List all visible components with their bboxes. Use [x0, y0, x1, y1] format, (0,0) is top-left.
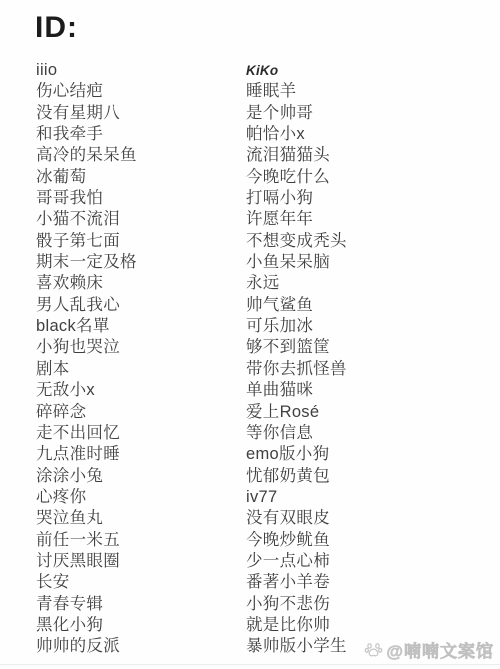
list-item: 冰葡萄: [36, 167, 137, 188]
list-item: 小狗不悲伤: [246, 594, 347, 615]
list-item: 高冷的呆呆鱼: [36, 145, 137, 166]
list-item: 小狗也哭泣: [36, 337, 137, 358]
list-item: 忧郁奶黄包: [246, 466, 347, 487]
watermark-text: @喃喃文案馆: [386, 637, 494, 662]
list-item: 小鱼呆呆脑: [246, 252, 347, 273]
list-item: 男人乱我心: [36, 295, 137, 316]
list-item: 喜欢赖床: [36, 273, 137, 294]
watermark: @喃喃文案馆: [364, 637, 494, 662]
list-item: 涂涂小兔: [36, 466, 137, 487]
list-item: 帅帅的反派: [36, 636, 137, 657]
list-item: 剧本: [36, 359, 137, 380]
list-item: 碎碎念: [36, 402, 137, 423]
list-item: 长安: [36, 572, 137, 593]
list-item: iiio: [36, 60, 137, 81]
list-item: 够不到篮筐: [246, 337, 347, 358]
list-item: 番著小羊卷: [246, 572, 347, 593]
bottom-divider: [0, 664, 500, 665]
list-item: 永远: [246, 273, 347, 294]
list-item: 和我牵手: [36, 124, 137, 145]
list-item: 没有双眼皮: [246, 508, 347, 529]
list-item: 无敌小x: [36, 380, 137, 401]
left-column: iiio伤心结疤没有星期八和我牵手高冷的呆呆鱼冰葡萄哥哥我怕小猫不流泪骰子第七面…: [36, 60, 137, 658]
page-title: ID:: [35, 11, 78, 45]
list-item: 少一点心柿: [246, 551, 347, 572]
list-item: 许愿年年: [246, 209, 347, 230]
list-item: 期末一定及格: [36, 252, 137, 273]
id-list-page: ID: iiio伤心结疤没有星期八和我牵手高冷的呆呆鱼冰葡萄哥哥我怕小猫不流泪骰…: [0, 0, 500, 669]
list-item: 不想变成秃头: [246, 231, 347, 252]
right-column: KiKo睡眠羊是个帅哥帕恰小x流泪猫猫头今晚吃什么打嗝小狗许愿年年不想变成秃头小…: [246, 60, 347, 658]
list-item: 小猫不流泪: [36, 209, 137, 230]
list-item: 九点准时睡: [36, 444, 137, 465]
list-item: black名單: [36, 316, 137, 337]
list-item: 爱上Rosé: [246, 402, 347, 423]
list-item: 打嗝小狗: [246, 188, 347, 209]
list-item: 帅气鲨鱼: [246, 295, 347, 316]
list-item: 黑化小狗: [36, 615, 137, 636]
list-item: 骰子第七面: [36, 231, 137, 252]
list-item: iv77: [246, 487, 347, 508]
list-item: 帕恰小x: [246, 124, 347, 145]
list-item: 青春专辑: [36, 594, 137, 615]
list-item: 哥哥我怕: [36, 188, 137, 209]
list-item: 前任一米五: [36, 530, 137, 551]
list-item: 走不出回忆: [36, 423, 137, 444]
list-item: 是个帅哥: [246, 103, 347, 124]
list-item: 今晚炒鱿鱼: [246, 530, 347, 551]
list-item: 没有星期八: [36, 103, 137, 124]
list-item: 等你信息: [246, 423, 347, 444]
column-header-kiko: KiKo: [246, 60, 347, 81]
list-item: 伤心结疤: [36, 81, 137, 102]
list-item: emo版小狗: [246, 444, 347, 465]
list-item: 今晚吃什么: [246, 167, 347, 188]
list-item: 流泪猫猫头: [246, 145, 347, 166]
list-item: 就是比你帅: [246, 615, 347, 636]
list-item: 心疼你: [36, 487, 137, 508]
list-item: 讨厌黑眼圈: [36, 551, 137, 572]
list-item: 可乐加冰: [246, 316, 347, 337]
list-item: 带你去抓怪兽: [246, 359, 347, 380]
list-item: 哭泣鱼丸: [36, 508, 137, 529]
list-item: 睡眠羊: [246, 81, 347, 102]
list-item: 暴帅版小学生: [246, 636, 347, 657]
list-item: 单曲猫咪: [246, 380, 347, 401]
paw-icon: [364, 640, 383, 659]
